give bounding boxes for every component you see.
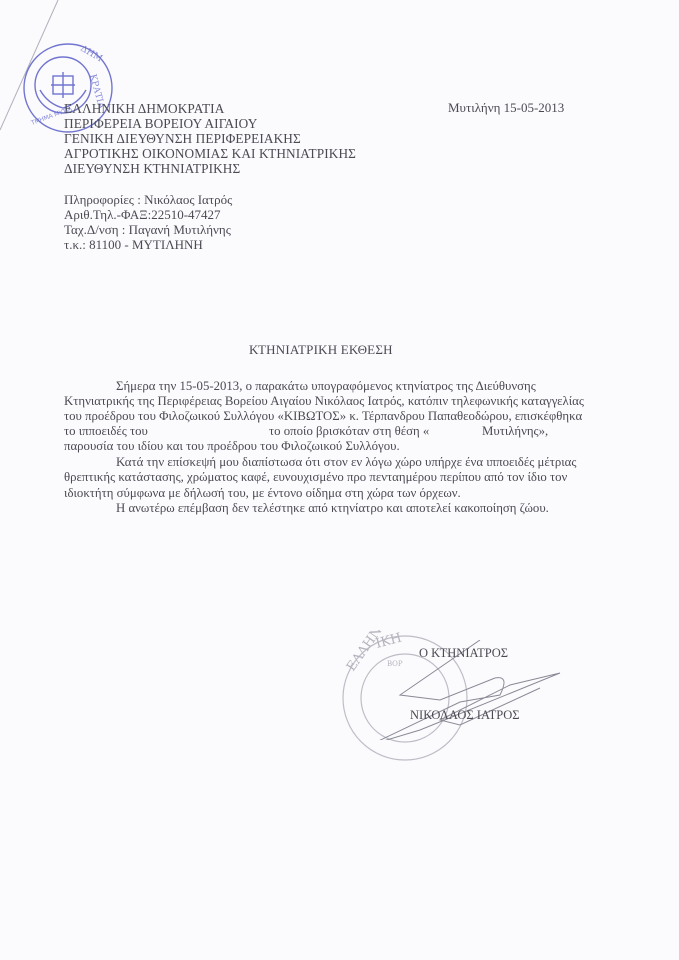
document-page: ΔΗΜ ΚΡΑΤΙΑ ΤΜΗΜΑ ΜΥΤΙΛ ★ ΕΛΛΗΝΙΚΗ ΔΗΜΟΚΡ… (0, 0, 679, 960)
paragraph-1-line-3: του προέδρου του Φιλοζωικού Συλλόγου «ΚΙ… (64, 409, 582, 424)
paragraph-1-line-5: παρουσία του ιδίου και του προέδρου του … (64, 439, 400, 454)
header-line-4: ΑΓΡΟΤΙΚΗΣ ΟΙΚΟΝΟΜΙΑΣ ΚΑΙ ΚΤΗΝΙΑΤΡΙΚΗΣ (64, 146, 356, 161)
paragraph-1-line-4c: Μυτιλήνης», (482, 424, 548, 439)
contact-info-line-3: Ταχ.Δ/νση : Παγανή Μυτιλήνης (64, 222, 231, 237)
paragraph-1-line-2: Κτηνιατρικής της Περιφέρειας Βορείου Αιγ… (64, 394, 584, 409)
header-line-5: ΔΙΕΥΘΥΝΣΗ ΚΤΗΝΙΑΤΡΙΚΗΣ (64, 161, 240, 176)
paragraph-2-line-3: ιδιοκτήτη σύμφωνα με δήλωσή του, με έντο… (64, 486, 461, 501)
contact-info-line-4: τ.κ.: 81100 - ΜΥΤΙΛΗΝΗ (64, 237, 203, 252)
paragraph-1-line-1: Σήμερα την 15-05-2013, ο παρακάτω υπογρα… (116, 379, 536, 394)
contact-info-line-1: Πληροφορίες : Νικόλαος Ιατρός (64, 192, 232, 207)
document-date: Μυτιλήνη 15-05-2013 (448, 100, 564, 115)
signature-name: ΝΙΚΟΛΑΟΣ ΙΑΤΡΟΣ (410, 708, 520, 723)
document-title: ΚΤΗΝΙΑΤΡΙΚΗ ΕΚΘΕΣΗ (249, 342, 393, 357)
paragraph-2-line-1: Κατά την επίσκεψή μου διαπίστωσα ότι στο… (116, 455, 576, 470)
paragraph-3-line-1: Η ανωτέρω επέμβαση δεν τελέστηκε από κτη… (116, 501, 549, 516)
header-line-1: ΕΛΛΗΝΙΚΗ ΔΗΜΟΚΡΑΤΙΑ (64, 101, 224, 116)
paragraph-1-line-4a: το ιπποειδές του (64, 424, 148, 439)
svg-text:ΔΗΜ: ΔΗΜ (79, 44, 104, 64)
header-line-3: ΓΕΝΙΚΗ ΔΙΕΥΘΥΝΣΗ ΠΕΡΙΦΕΡΕΙΑΚΗΣ (64, 131, 301, 146)
paragraph-1-line-4b: το οποίο βρισκόταν στη θέση « (269, 424, 429, 439)
header-line-2: ΠΕΡΙΦΕΡΕΙΑ ΒΟΡΕΙΟΥ ΑΙΓΑΙΟΥ (64, 116, 257, 131)
paragraph-2-line-2: θρεπτικής κατάστασης, χρώματος καφέ, ευν… (64, 470, 567, 485)
contact-info-line-2: Αριθ.Τηλ.-ΦΑΞ:22510-47427 (64, 207, 221, 222)
signature-role: Ο ΚΤΗΝΙΑΤΡΟΣ (419, 646, 508, 661)
